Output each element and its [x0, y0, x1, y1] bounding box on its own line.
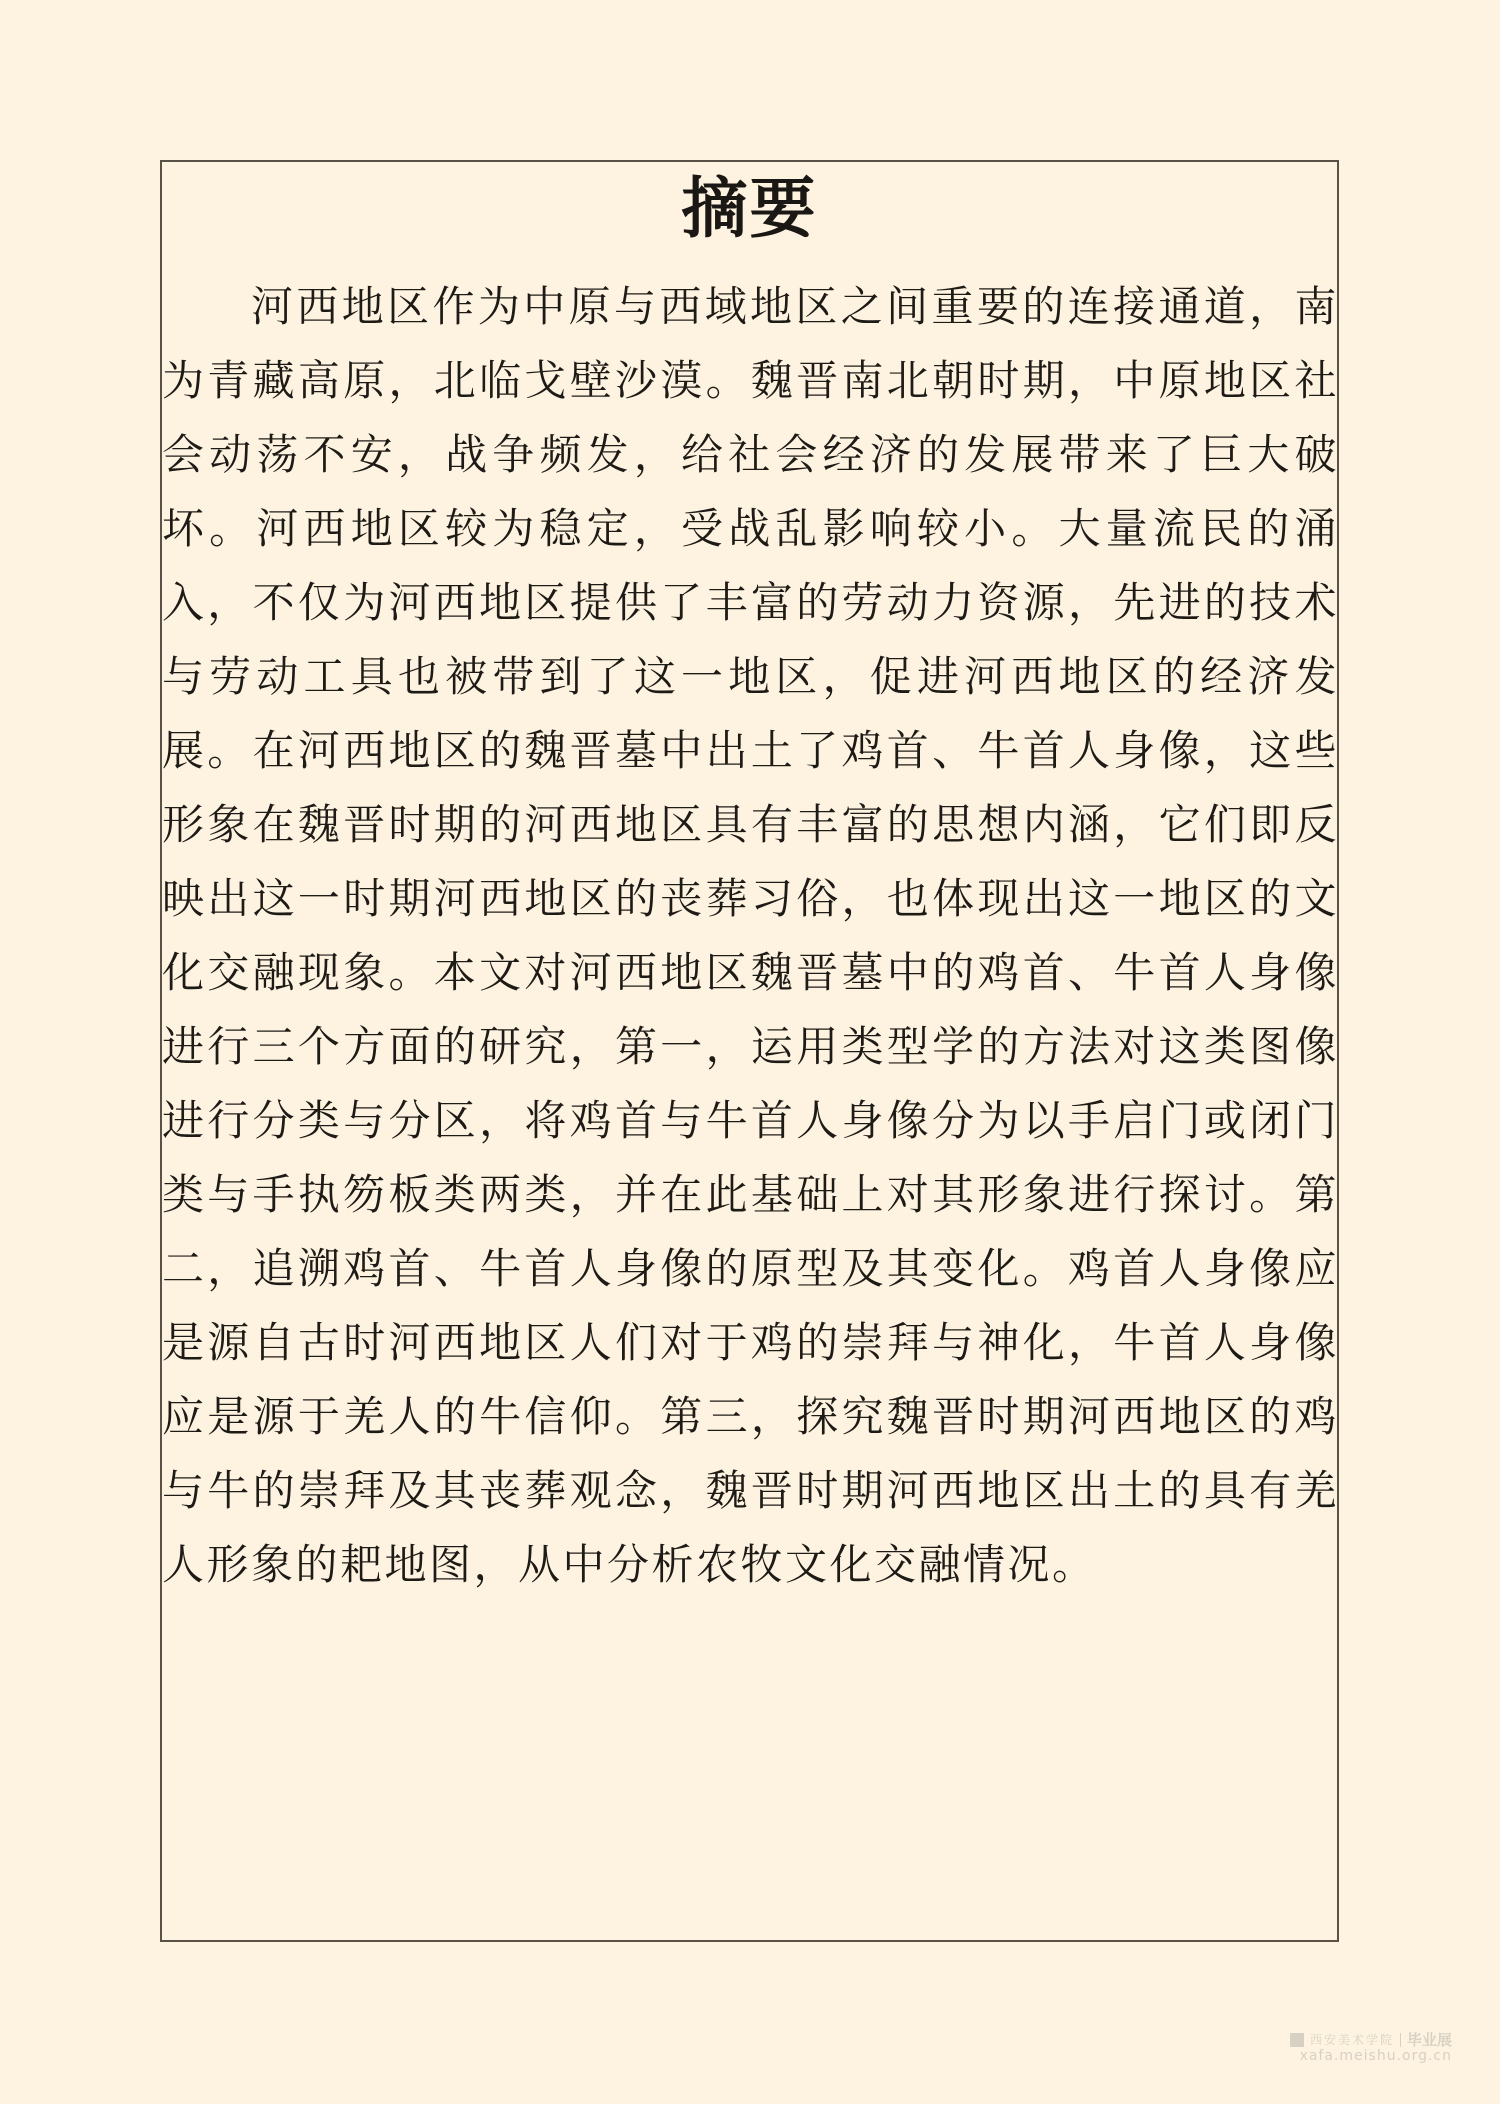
school-logo-icon — [1290, 2033, 1304, 2047]
watermark-label: 毕业展 — [1407, 2032, 1452, 2048]
watermark-school: 西安美术学院 — [1310, 2032, 1394, 2048]
watermark-url: xafa.meishu.org.cn — [1290, 2048, 1452, 2064]
abstract-title: 摘要 — [162, 164, 1337, 254]
watermark: 西安美术学院 毕业展 xafa.meishu.org.cn — [1290, 2032, 1452, 2064]
watermark-header: 西安美术学院 毕业展 — [1290, 2032, 1452, 2048]
watermark-divider — [1400, 2033, 1401, 2047]
abstract-frame: 摘要 河西地区作为中原与西域地区之间重要的连接通道，南为青藏高原，北临戈壁沙漠。… — [160, 160, 1339, 1942]
abstract-paragraph: 河西地区作为中原与西域地区之间重要的连接通道，南为青藏高原，北临戈壁沙漠。魏晋南… — [162, 270, 1339, 1602]
